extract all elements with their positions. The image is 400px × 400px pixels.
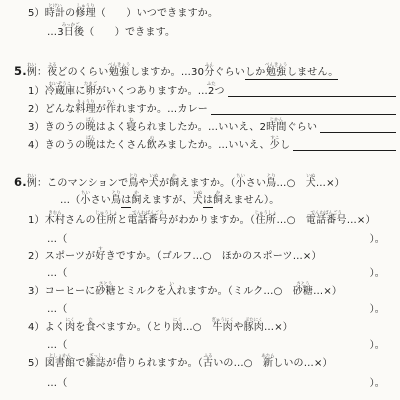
text-segment: や xyxy=(139,178,149,189)
ruby-annotated-text: 時計とけい xyxy=(45,8,65,19)
ruby-annotated-text: 飲の xyxy=(147,140,157,151)
ruby-annotated-text: 小ちい xyxy=(80,195,90,206)
text-segment: が xyxy=(96,104,106,115)
text-segment: さい xyxy=(91,195,111,206)
exercise-5-item-1-text: 1）冷蔵庫れいぞうこに卵たまごがいくつありますか。…2ふたつ xyxy=(28,82,225,98)
text-segment: きのうの xyxy=(45,140,86,151)
exercise-6-item-5-text: 5）図書館としょかんで雑誌ざっしが借かりられますか。（古ふるいの…○ 新あたらし… xyxy=(28,354,333,370)
exercise-6-item-1: 1）木村きむらさんの住所じゅうしょと電話番号でんわばんごうがわかりますか。（住所… xyxy=(28,210,376,227)
ruby-annotated-text: 晩ばん xyxy=(86,122,96,133)
text-segment: …（ xyxy=(47,340,67,351)
prev-exercise-item-5-question: 5）時計とけいの修理しゅうり（ ）いつできますか。 xyxy=(28,3,218,20)
exercise-6-item-5-answer: …（）。 xyxy=(47,373,385,390)
ruby-annotated-text: 雑誌ざっし xyxy=(86,358,106,369)
text-segment: 2） xyxy=(28,104,45,115)
text-segment: ぐらい xyxy=(214,67,245,78)
text-segment: …（ xyxy=(60,195,80,206)
text-segment: られましたか。…いいえ、2 xyxy=(137,122,267,133)
exercise-5-example: 5.例れい：夜よるどのくらい勉強べんきょうしますか。…30分ふんぐらいしか勉強べ… xyxy=(14,62,338,79)
ruby-annotated-text: 夜よる xyxy=(47,67,57,78)
text-segment: つ xyxy=(215,86,225,97)
text-segment: が xyxy=(159,178,169,189)
ruby-annotated-text: 飼か xyxy=(169,178,179,189)
exercise-6-item-5: 5）図書館としょかんで雑誌ざっしが借かりられますか。（古ふるいの…○ 新あたらし… xyxy=(28,353,333,370)
text-segment: 3） xyxy=(28,122,45,133)
text-segment: 5） xyxy=(28,358,45,369)
exercise-5-item-2-text: 2）どんな料理りょうりが作つくれますか。…カレー xyxy=(28,100,208,116)
ruby-annotated-text: 牛肉ぎゅうにく xyxy=(212,322,233,333)
exercise-6-item-3-text: 3）コーヒーに砂糖さとうとミルクを入いれますか。（ミルク…○ 砂糖さとう…×） xyxy=(28,282,342,298)
text-segment: きのうの xyxy=(45,122,86,133)
exercise-6-item-1-answer-text: …（ xyxy=(47,234,67,246)
text-segment: …×） xyxy=(316,178,345,189)
prev-exercise-item-5-question-text: 5）時計とけいの修理しゅうり（ ）いつできますか。 xyxy=(28,4,218,20)
ruby-annotated-text: 修理しゅうり xyxy=(75,8,95,19)
text-segment: ：このマンションで xyxy=(37,178,128,189)
answer-blank-line xyxy=(228,96,396,97)
text-segment: …○ xyxy=(183,322,212,333)
text-segment: が xyxy=(106,358,116,369)
ruby-annotated-text: 3日後みっかご xyxy=(57,27,84,38)
text-segment: さんの xyxy=(65,215,96,226)
closing-paren: ）。 xyxy=(370,378,385,390)
exercise-6-item-3-answer: …（）。 xyxy=(47,299,385,316)
prev-exercise-item-5-answer: …3日後みっかご（ ）できます。 xyxy=(47,22,175,39)
ruby-annotated-text: 飼か xyxy=(131,195,141,206)
ruby-annotated-text: 入い xyxy=(167,286,177,297)
ruby-annotated-text: 寝ね xyxy=(126,122,136,133)
ruby-annotated-text: 分ふん xyxy=(204,67,214,78)
ruby-annotated-text: 作つく xyxy=(106,104,116,115)
ruby-annotated-text: 電話番号でんわばんごう xyxy=(127,215,168,226)
text-segment: がいくつありますか。… xyxy=(96,86,208,97)
ruby-annotated-text: 電話番号でんわばんごう xyxy=(306,215,347,226)
ruby-annotated-text: 肉にく xyxy=(65,322,75,333)
text-segment: えません）。 xyxy=(223,195,279,206)
closing-paren: ）。 xyxy=(370,304,385,316)
text-segment: いの…○ xyxy=(213,358,263,369)
exercise-6-item-3-answer-text: …（ xyxy=(47,304,67,316)
exercise-6-item-4: 4）よく肉にくを食たべますか。（とり肉にく…○ 牛肉ぎゅうにくや豚肉ぶたにく…×… xyxy=(28,317,293,334)
ruby-annotated-text: 犬いぬ xyxy=(193,195,203,206)
text-segment: はたくさん xyxy=(96,140,147,151)
text-segment: …○ xyxy=(276,178,305,189)
ruby-annotated-text: 例れい xyxy=(27,67,37,78)
text-segment: …×） xyxy=(264,322,293,333)
ruby-annotated-text: 図書館としょかん xyxy=(45,358,76,369)
ruby-annotated-text: 借か xyxy=(116,358,126,369)
text-segment: を xyxy=(75,322,85,333)
text-segment: …（ xyxy=(47,268,67,279)
answer-blank-line xyxy=(320,132,396,133)
text-segment: …×） xyxy=(347,215,376,226)
closing-paren: ）。 xyxy=(370,234,385,246)
text-segment: 3） xyxy=(28,286,45,297)
text-segment: 1） xyxy=(28,86,45,97)
ruby-annotated-text: 犬いぬ xyxy=(306,178,316,189)
text-segment: きですか。（ゴルフ…○ ほかのスポーツ…×） xyxy=(106,251,322,262)
exercise-5-item-4-text: 4）きのうの晩ばんはたくさん飲のみましたか。…いいえ、少すこし xyxy=(28,136,290,152)
ruby-annotated-text: 砂糖さとう xyxy=(293,286,313,297)
text-segment: コーヒーに xyxy=(45,286,96,297)
text-segment: よく xyxy=(45,322,65,333)
text-segment: 6. xyxy=(14,175,27,189)
text-segment: （ ）いつできますか。 xyxy=(96,8,218,19)
text-segment: 1） xyxy=(28,215,45,226)
text-segment: とミルクを xyxy=(116,286,167,297)
worksheet-page: 5）時計とけいの修理しゅうり（ ）いつできますか。…3日後みっかご（ ）できます… xyxy=(0,0,400,400)
ruby-annotated-text: 古ふる xyxy=(203,358,213,369)
text-segment: 4） xyxy=(28,322,45,333)
ruby-annotated-text: 勉強べんきょう xyxy=(265,67,286,80)
exercise-6-item-5-answer-text: …（ xyxy=(47,378,67,390)
exercise-6-item-3: 3）コーヒーに砂糖さとうとミルクを入いれますか。（ミルク…○ 砂糖さとう…×） xyxy=(28,281,342,298)
text-segment: しか xyxy=(245,67,265,80)
ruby-annotated-text: 砂糖さとう xyxy=(95,286,115,297)
text-segment: …（ xyxy=(47,378,67,389)
text-segment: は xyxy=(203,195,213,208)
text-segment: はよく xyxy=(96,122,127,133)
text-segment: は xyxy=(121,195,131,208)
text-segment: や xyxy=(233,322,243,333)
text-segment: れますか。…カレー xyxy=(116,104,208,115)
exercise-6-example: 6.例れい：このマンションで鳥とりや犬いぬが飼かえますか。（小ちいさい鳥とり…○… xyxy=(14,173,345,190)
exercise-6-example-answer: …（小ちいさい鳥とりは飼かえますが、犬いぬは飼かえません）。 xyxy=(60,190,279,207)
exercise-6-example-answer-text: …（小ちいさい鳥とりは飼かえますが、犬いぬは飼かえません）。 xyxy=(60,191,279,207)
exercise-6-example-text: 6.例れい：このマンションで鳥とりや犬いぬが飼かえますか。（小ちいさい鳥とり…○… xyxy=(14,174,345,190)
exercise-5-item-1: 1）冷蔵庫れいぞうこに卵たまごがいくつありますか。…2ふたつ xyxy=(28,81,396,98)
exercise-5-example-text: 5.例れい：夜よるどのくらい勉強べんきょうしますか。…30分ふんぐらいしか勉強べ… xyxy=(14,63,338,79)
exercise-6-item-2-answer-text: …（ xyxy=(47,268,67,280)
text-segment: りられますか。（ xyxy=(126,358,203,369)
exercise-5-item-4: 4）きのうの晩ばんはたくさん飲のみましたか。…いいえ、少すこし xyxy=(28,135,396,152)
ruby-annotated-text: 鳥とり xyxy=(128,178,138,189)
text-segment: どんな xyxy=(45,104,76,115)
text-segment: がわかりますか。（ xyxy=(168,215,255,226)
text-segment: …（ xyxy=(47,234,67,245)
ruby-annotated-text: 鳥とり xyxy=(111,195,121,206)
exercise-6-item-2-text: 2）スポーツが好すきですか。（ゴルフ…○ ほかのスポーツ…×） xyxy=(28,247,322,263)
ruby-annotated-text: 好す xyxy=(95,251,105,262)
ruby-annotated-text: 住所じゅうしょ xyxy=(255,215,276,226)
text-segment: 2） xyxy=(28,251,45,262)
text-segment: しますか。…30 xyxy=(130,67,204,78)
text-segment: さい xyxy=(246,178,266,189)
text-segment: …×） xyxy=(313,286,342,297)
ruby-annotated-text: 少すこ xyxy=(270,140,280,151)
text-segment: （ ）できます。 xyxy=(84,27,175,38)
closing-paren: ）。 xyxy=(370,340,385,352)
exercise-5-item-3: 3）きのうの晩ばんはよく寝ねられましたか。…いいえ、2時間じかんぐらい xyxy=(28,117,396,134)
text-segment: で xyxy=(75,358,85,369)
exercise-5-item-2: 2）どんな料理りょうりが作つくれますか。…カレー xyxy=(28,99,396,116)
exercise-6-item-1-text: 1）木村きむらさんの住所じゅうしょと電話番号でんわばんごうがわかりますか。（住所… xyxy=(28,211,376,227)
exercise-5-item-3-text: 3）きのうの晩ばんはよく寝ねられましたか。…いいえ、2時間じかんぐらい xyxy=(28,118,317,134)
text-segment: …（ xyxy=(47,304,67,315)
text-segment: …○ xyxy=(277,215,306,226)
text-segment: 4） xyxy=(28,140,45,151)
exercise-6-item-4-text: 4）よく肉にくを食たべますか。（とり肉にく…○ 牛肉ぎゅうにくや豚肉ぶたにく…×… xyxy=(28,318,293,334)
text-segment: 5. xyxy=(14,64,27,78)
text-segment: どのくらい xyxy=(57,67,108,78)
ruby-annotated-text: 犬いぬ xyxy=(149,178,159,189)
ruby-annotated-text: 鳥とり xyxy=(266,178,276,189)
ruby-annotated-text: 勉強べんきょう xyxy=(108,67,129,78)
exercise-6-item-2: 2）スポーツが好すきですか。（ゴルフ…○ ほかのスポーツ…×） xyxy=(28,246,322,263)
text-segment: スポーツが xyxy=(45,251,96,262)
ruby-annotated-text: 料理りょうり xyxy=(75,104,95,115)
text-segment: し xyxy=(280,140,290,151)
text-segment: ぐらい xyxy=(287,122,318,133)
text-segment: … xyxy=(47,27,57,38)
ruby-annotated-text: 住所じゅうしょ xyxy=(96,215,117,226)
text-segment: しません。 xyxy=(287,67,339,80)
ruby-annotated-text: 新あたら xyxy=(263,358,273,369)
exercise-6-item-4-answer-text: …（ xyxy=(47,340,67,352)
ruby-annotated-text: 豚肉ぶたにく xyxy=(244,322,264,333)
ruby-annotated-text: 冷蔵庫れいぞうこ xyxy=(45,86,76,97)
text-segment: の xyxy=(65,8,75,19)
ruby-annotated-text: 卵たまご xyxy=(86,86,96,97)
text-segment: ： xyxy=(37,67,47,78)
ruby-annotated-text: 木村きむら xyxy=(45,215,65,226)
ruby-annotated-text: 時間じかん xyxy=(266,122,286,133)
text-segment: えますか。（ xyxy=(179,178,235,189)
answer-blank-line xyxy=(211,114,396,115)
exercise-6-item-4-answer: …（）。 xyxy=(47,335,385,352)
text-segment: れますか。（ミルク…○ xyxy=(177,286,293,297)
text-segment: 5） xyxy=(28,8,45,19)
text-segment: えますが、 xyxy=(142,195,193,206)
exercise-6-item-2-answer: …（）。 xyxy=(47,263,385,280)
answer-blank-line xyxy=(293,150,396,151)
text-segment: べますか。（とり xyxy=(96,322,173,333)
text-segment: と xyxy=(117,215,127,226)
ruby-annotated-text: 食た xyxy=(86,322,96,333)
closing-paren: ）。 xyxy=(370,268,385,280)
prev-exercise-item-5-answer-text: …3日後みっかご（ ）できます。 xyxy=(47,23,175,39)
exercise-6-item-1-answer: …（）。 xyxy=(47,229,385,246)
ruby-annotated-text: 例れい xyxy=(27,178,37,189)
text-segment: しいの…×） xyxy=(273,358,333,369)
ruby-annotated-text: 飼か xyxy=(213,195,223,206)
ruby-annotated-text: 晩ばん xyxy=(86,140,96,151)
ruby-annotated-text: 肉にく xyxy=(172,322,182,333)
text-segment: みましたか。…いいえ、 xyxy=(157,140,270,151)
ruby-annotated-text: 小ちい xyxy=(236,178,246,189)
